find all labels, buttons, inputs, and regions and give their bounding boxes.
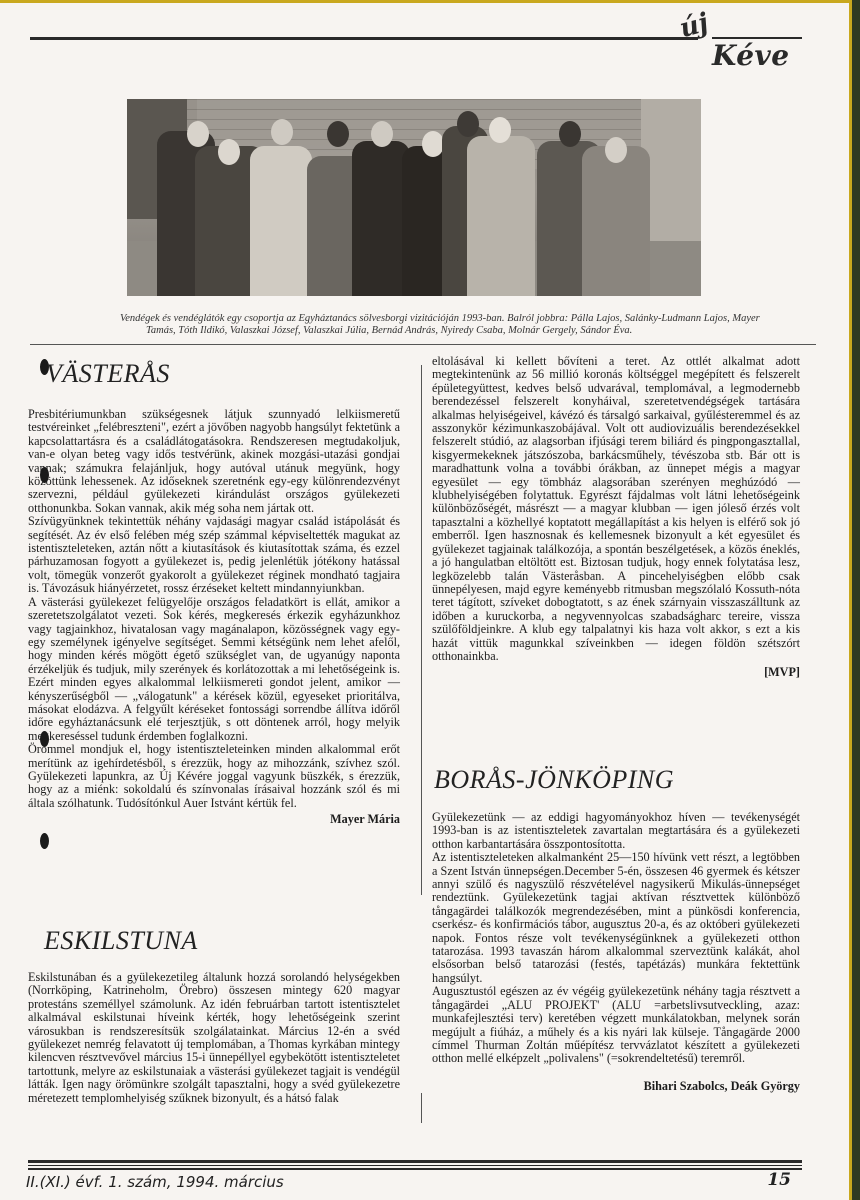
issue-info: II.(XI.) évf. 1. szám, 1994. március	[26, 1173, 284, 1191]
article-eskilstuna-part1: Eskilstunában és a gyülekezetileg általu…	[28, 971, 400, 1105]
photo-head	[271, 119, 293, 145]
article-paragraph: Örömmel mondjuk el, hogy istentisztelete…	[28, 743, 400, 810]
article-title-boras: BORÅS-JÖNKÖPING	[434, 765, 674, 795]
caption-line-1: Vendégek és vendéglátók egy csoportja az…	[120, 313, 760, 324]
photo-person	[250, 146, 312, 296]
article-paragraph: Gyülekezetünk — az eddigi hagyományokhoz…	[432, 811, 800, 851]
photo-head	[218, 139, 240, 165]
logo-keve: Kéve	[712, 39, 790, 72]
article-author: Mayer Mária	[28, 813, 400, 826]
photo-caption: Vendégek és vendéglátók egy csoportja az…	[120, 313, 784, 337]
photo-person	[467, 136, 535, 296]
photo-head	[327, 121, 349, 147]
photo-head	[187, 121, 209, 147]
article-paragraph: Szívügyünknek tekintettük néhány vajdasá…	[28, 515, 400, 595]
article-paragraph: Eskilstunában és a gyülekezetileg általu…	[28, 971, 400, 1105]
punch-hole	[40, 833, 49, 849]
article-vasteras: Presbitériumunkban szükségesnek látjuk s…	[28, 408, 400, 827]
photo-head	[489, 117, 511, 143]
caption-line-2: Tamás, Tóth Ildikó, Valaszkai József, Va…	[120, 325, 784, 337]
photo-head	[371, 121, 393, 147]
article-eskilstuna-part2: eltolásával ki kellett bővíteni a teret.…	[432, 355, 800, 680]
caption-divider	[30, 344, 816, 345]
group-photo	[127, 99, 701, 296]
photo-person	[582, 146, 650, 296]
magazine-page: új Kéve Vendégek és vendéglátók egy csop…	[0, 0, 852, 1200]
footer-rule	[28, 1160, 802, 1163]
footer-rule	[28, 1165, 802, 1166]
photo-head	[457, 111, 479, 137]
footer-rule	[28, 1168, 802, 1170]
column-divider	[421, 1093, 422, 1123]
article-paragraph: eltolásával ki kellett bővíteni a teret.…	[432, 355, 800, 663]
page-number: 15	[767, 1170, 791, 1190]
article-paragraph: Augusztustól egészen az év végéig gyülek…	[432, 985, 800, 1065]
photo-head	[422, 131, 444, 157]
article-title-vasteras: VÄSTERÅS	[46, 359, 170, 389]
column-divider	[421, 365, 422, 895]
article-title-eskilstuna: ESKILSTUNA	[44, 926, 198, 956]
article-author: Bihari Szabolcs, Deák György	[432, 1080, 800, 1093]
article-boras: Gyülekezetünk — az eddigi hagyományokhoz…	[432, 811, 800, 1093]
photo-head	[605, 137, 627, 163]
header-rule	[30, 37, 408, 40]
header-rule	[408, 37, 698, 40]
article-paragraph: Az istentiszteleteken alkalmanként 25—15…	[432, 851, 800, 985]
article-author: [MVP]	[432, 666, 800, 679]
article-paragraph: Presbitériumunkban szükségesnek látjuk s…	[28, 408, 400, 515]
photo-head	[559, 121, 581, 147]
article-paragraph: A västerási gyülekezet felügyelője orszá…	[28, 596, 400, 743]
